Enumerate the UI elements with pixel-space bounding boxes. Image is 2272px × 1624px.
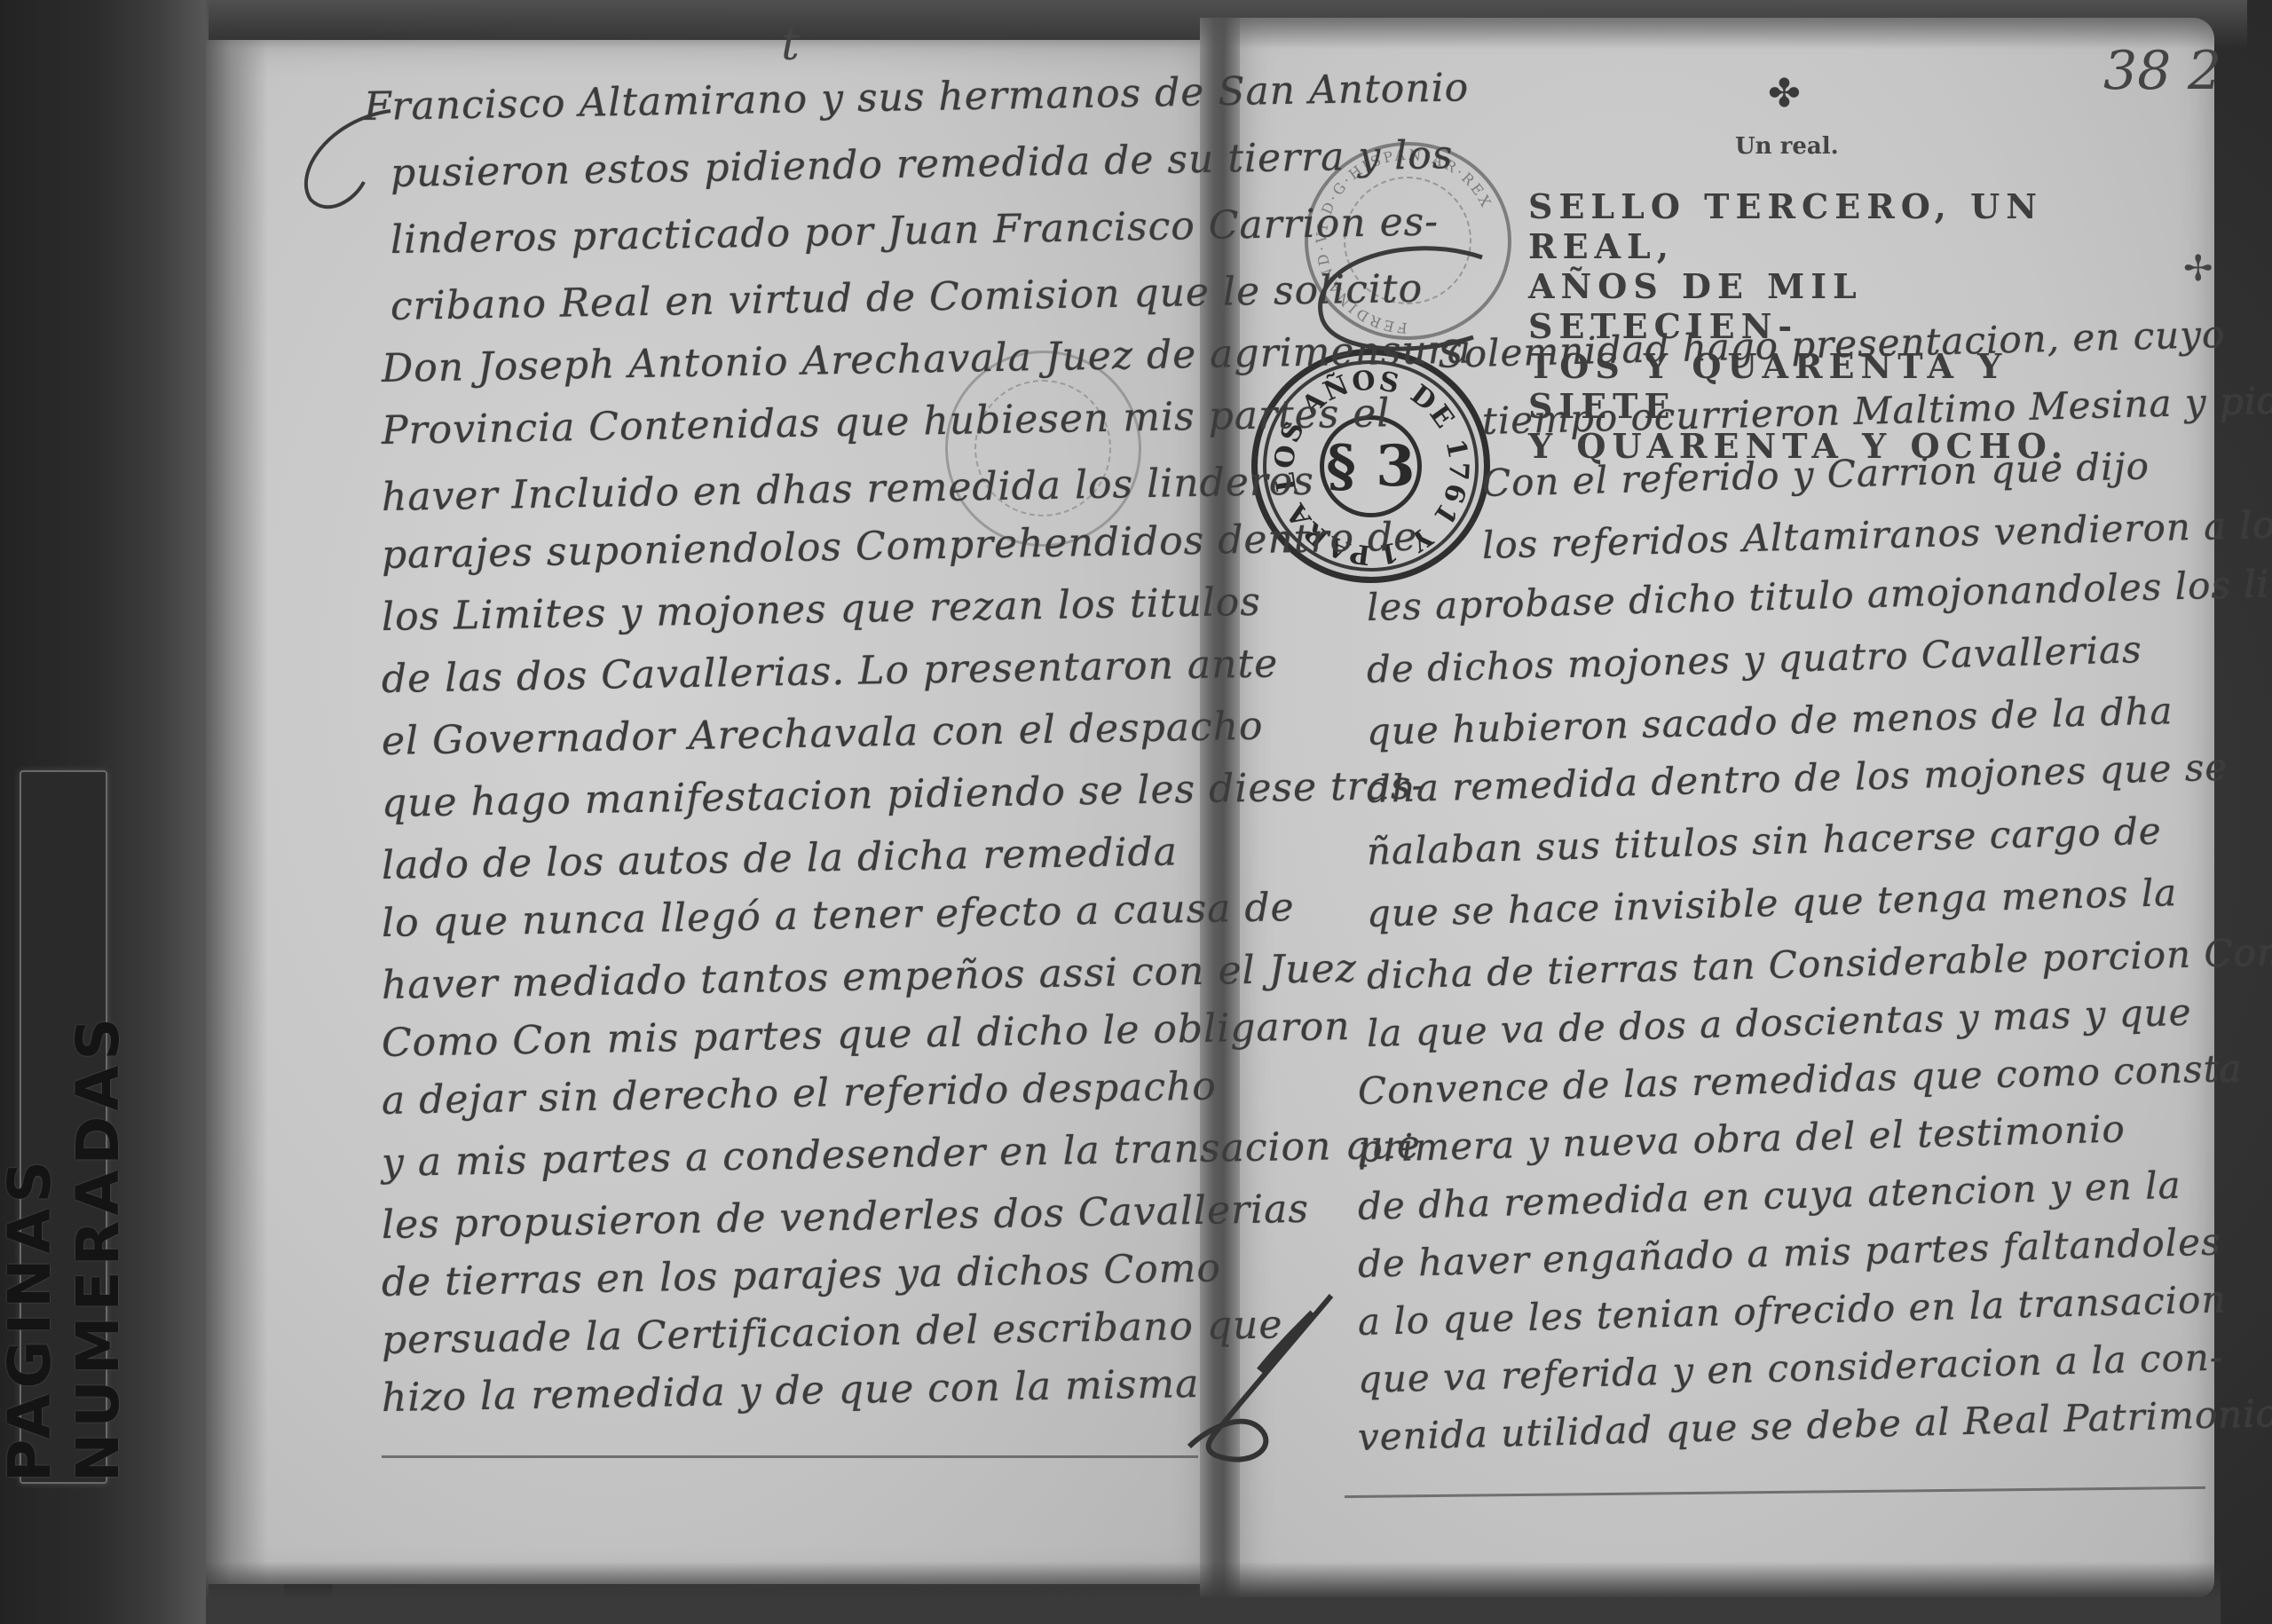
folio-number-primary: 38 [2103,40,2171,102]
initial-flourish-icon [1296,240,1509,373]
top-shadow [206,0,2247,49]
archive-label-text: PAGINAS NUMERADAS [0,772,132,1482]
margin-mark: ✢ [2183,248,2213,289]
initial-flourish-icon [293,102,399,217]
top-mark-left: t [781,18,800,71]
closing-rule [382,1455,1198,1458]
stamp-value: Un real. [1735,133,1839,160]
fleuron-icon: ✤ [1768,71,1801,116]
folio-number-secondary: 2 [2188,40,2221,102]
rubric-signature-icon [1180,1278,1340,1500]
archive-label-strip: PAGINAS NUMERADAS [20,770,107,1484]
stamp-header-line: SELLO TERCERO, UN REAL, [1528,186,2150,266]
bottom-shadow [206,1562,2221,1624]
